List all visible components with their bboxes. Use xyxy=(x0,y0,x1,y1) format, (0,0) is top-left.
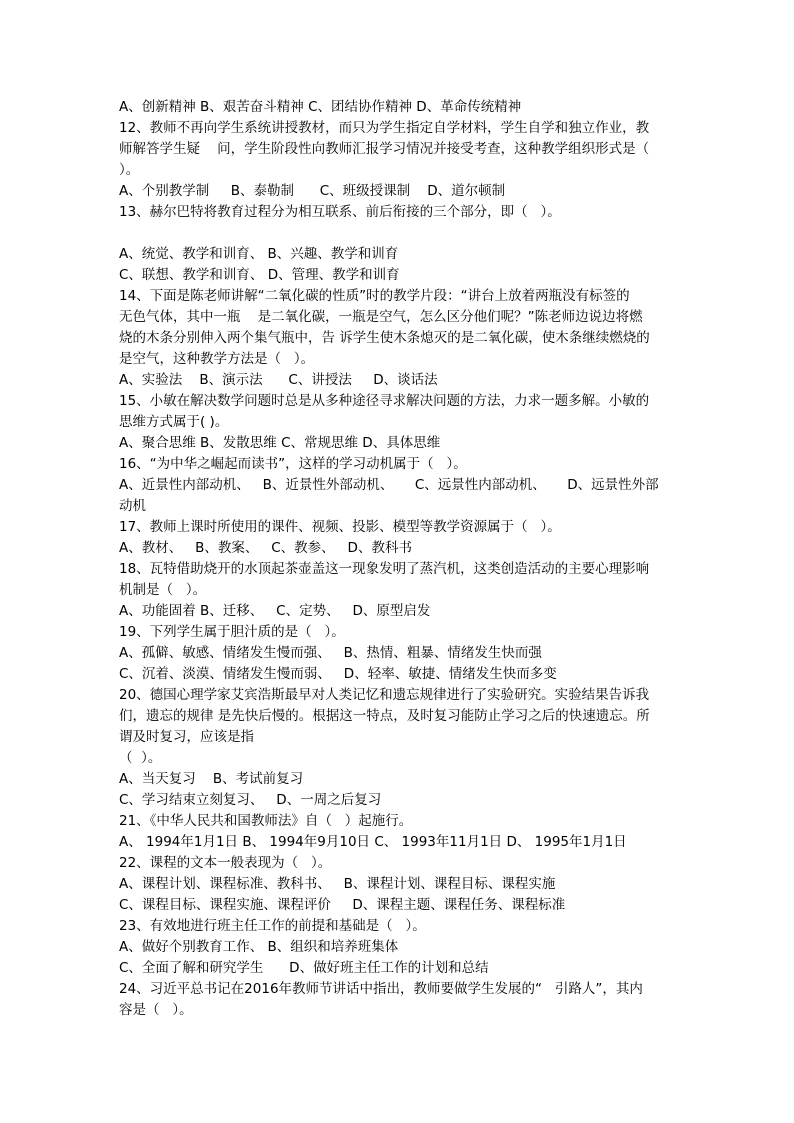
text-line: 动机 xyxy=(119,496,679,517)
text-line: A、功能固着 B、迁移、 C、定势、 D、原型启发 xyxy=(119,601,679,622)
text-line: 22、课程的文本一般表现为（ ）。 xyxy=(119,853,679,874)
text-line: （ ）。 xyxy=(119,748,679,769)
text-line: C、课程目标、课程实施、课程评价 D、课程主题、课程任务、课程标准 xyxy=(119,895,679,916)
text-line: C、沉着、淡漠、情绪发生慢而弱、 D、轻率、敏捷、情绪发生快而多变 xyxy=(119,664,679,685)
text-line: 谓及时复习，应该是指 xyxy=(119,727,679,748)
text-line: 思维方式属于( )。 xyxy=(119,412,679,433)
text-line: A、课程计划、课程标准、教科书、 B、课程计划、课程目标、课程实施 xyxy=(119,874,679,895)
text-line: A、近景性内部动机、 B、近景性外部动机、 C、远景性内部动机、 D、远景性外部 xyxy=(119,475,679,496)
text-line: 13、赫尔巴特将教育过程分为相互联系、前后衔接的三个部分，即（ ）。 xyxy=(119,202,679,223)
text-line: A、孤僻、敏感、情绪发生慢而强、 B、热情、粗暴、情绪发生快而强 xyxy=(119,643,679,664)
text-line: C、全面了解和研究学生 D、做好班主任工作的计划和总结 xyxy=(119,958,679,979)
text-line: A、 1994年1月1日 B、 1994年9月10日 C、 1993年11月1日… xyxy=(119,832,679,853)
text-line: 16、“为中华之崛起而读书”，这样的学习动机属于（ ）。 xyxy=(119,454,679,475)
text-line: C、学习结束立刻复习、 D、一周之后复习 xyxy=(119,790,679,811)
text-line: 21、《中华人民共和国教师法》自（ ）起施行。 xyxy=(119,811,679,832)
text-line: A、教材、 B、教案、 C、教参、 D、教科书 xyxy=(119,538,679,559)
text-line: 烧的木条分别伸入两个集气瓶中，告 诉学生使木条熄灭的是二氧化碳，使木条继续燃烧的 xyxy=(119,328,679,349)
blank-line xyxy=(119,223,679,244)
text-line: 14、下面是陈老师讲解“二氧化碳的性质”时的教学片段：“讲台上放着两瓶没有标签的 xyxy=(119,286,679,307)
text-line: 们，遗忘的规律 是先快后慢的。根据这一特点，及时复习能防止学习之后的快速遗忘。所 xyxy=(119,706,679,727)
text-line: 19、下列学生属于胆汁质的是（ ）。 xyxy=(119,622,679,643)
text-line: A、做好个别教育工作、 B、组织和培养班集体 xyxy=(119,937,679,958)
text-line: 12、教师不再向学生系统讲授教材，而只为学生指定自学材料，学生自学和独立作业，教 xyxy=(119,118,679,139)
text-line: A、当天复习 B、考试前复习 xyxy=(119,769,679,790)
text-line: C、联想、教学和训育、 D、管理、教学和训育 xyxy=(119,265,679,286)
text-line: 15、小敏在解决数学问题时总是从多种途径寻求解决问题的方法，力求一题多解。小敏的 xyxy=(119,391,679,412)
text-line: 18、瓦特借助烧开的水顶起茶壶盖这一现象发明了蒸汽机，这类创造活动的主要心理影响 xyxy=(119,559,679,580)
text-line: 24、习近平总书记在2016年教师节讲话中指出，教师要做学生发展的“ 引路人”，… xyxy=(119,979,679,1000)
text-line: A、创新精神 B、艰苦奋斗精神 C、团结协作精神 D、革命传统精神 xyxy=(119,97,679,118)
document-page: A、创新精神 B、艰苦奋斗精神 C、团结协作精神 D、革命传统精神12、教师不再… xyxy=(119,97,679,1021)
text-line: A、统觉、教学和训育、 B、兴趣、教学和训育 xyxy=(119,244,679,265)
text-line: 无色气体，其中一瓶 是二氧化碳，一瓶是空气，怎么区分他们呢？”陈老师边说边将燃 xyxy=(119,307,679,328)
text-line: A、个别教学制 B、泰勒制 C、班级授课制 D、道尔顿制 xyxy=(119,181,679,202)
text-line: 师解答学生疑 问，学生阶段性向教师汇报学习情况并接受考查，这种教学组织形式是（ xyxy=(119,139,679,160)
text-line: 23、有效地进行班主任工作的前提和基础是（ ）。 xyxy=(119,916,679,937)
text-line: 20、德国心理学家艾宾浩斯最早对人类记忆和遗忘规律进行了实验研究。实验结果告诉我 xyxy=(119,685,679,706)
text-line: A、聚合思维 B、发散思维 C、常规思维 D、具体思维 xyxy=(119,433,679,454)
text-line: ）。 xyxy=(119,160,679,181)
text-line: 容是（ ）。 xyxy=(119,1000,679,1021)
text-line: A、实验法 B、演示法 C、讲授法 D、谈话法 xyxy=(119,370,679,391)
text-line: 17、教师上课时所使用的课件、视频、投影、模型等教学资源属于（ ）。 xyxy=(119,517,679,538)
text-line: 机制是（ ）。 xyxy=(119,580,679,601)
text-line: 是空气，这种教学方法是（ ）。 xyxy=(119,349,679,370)
